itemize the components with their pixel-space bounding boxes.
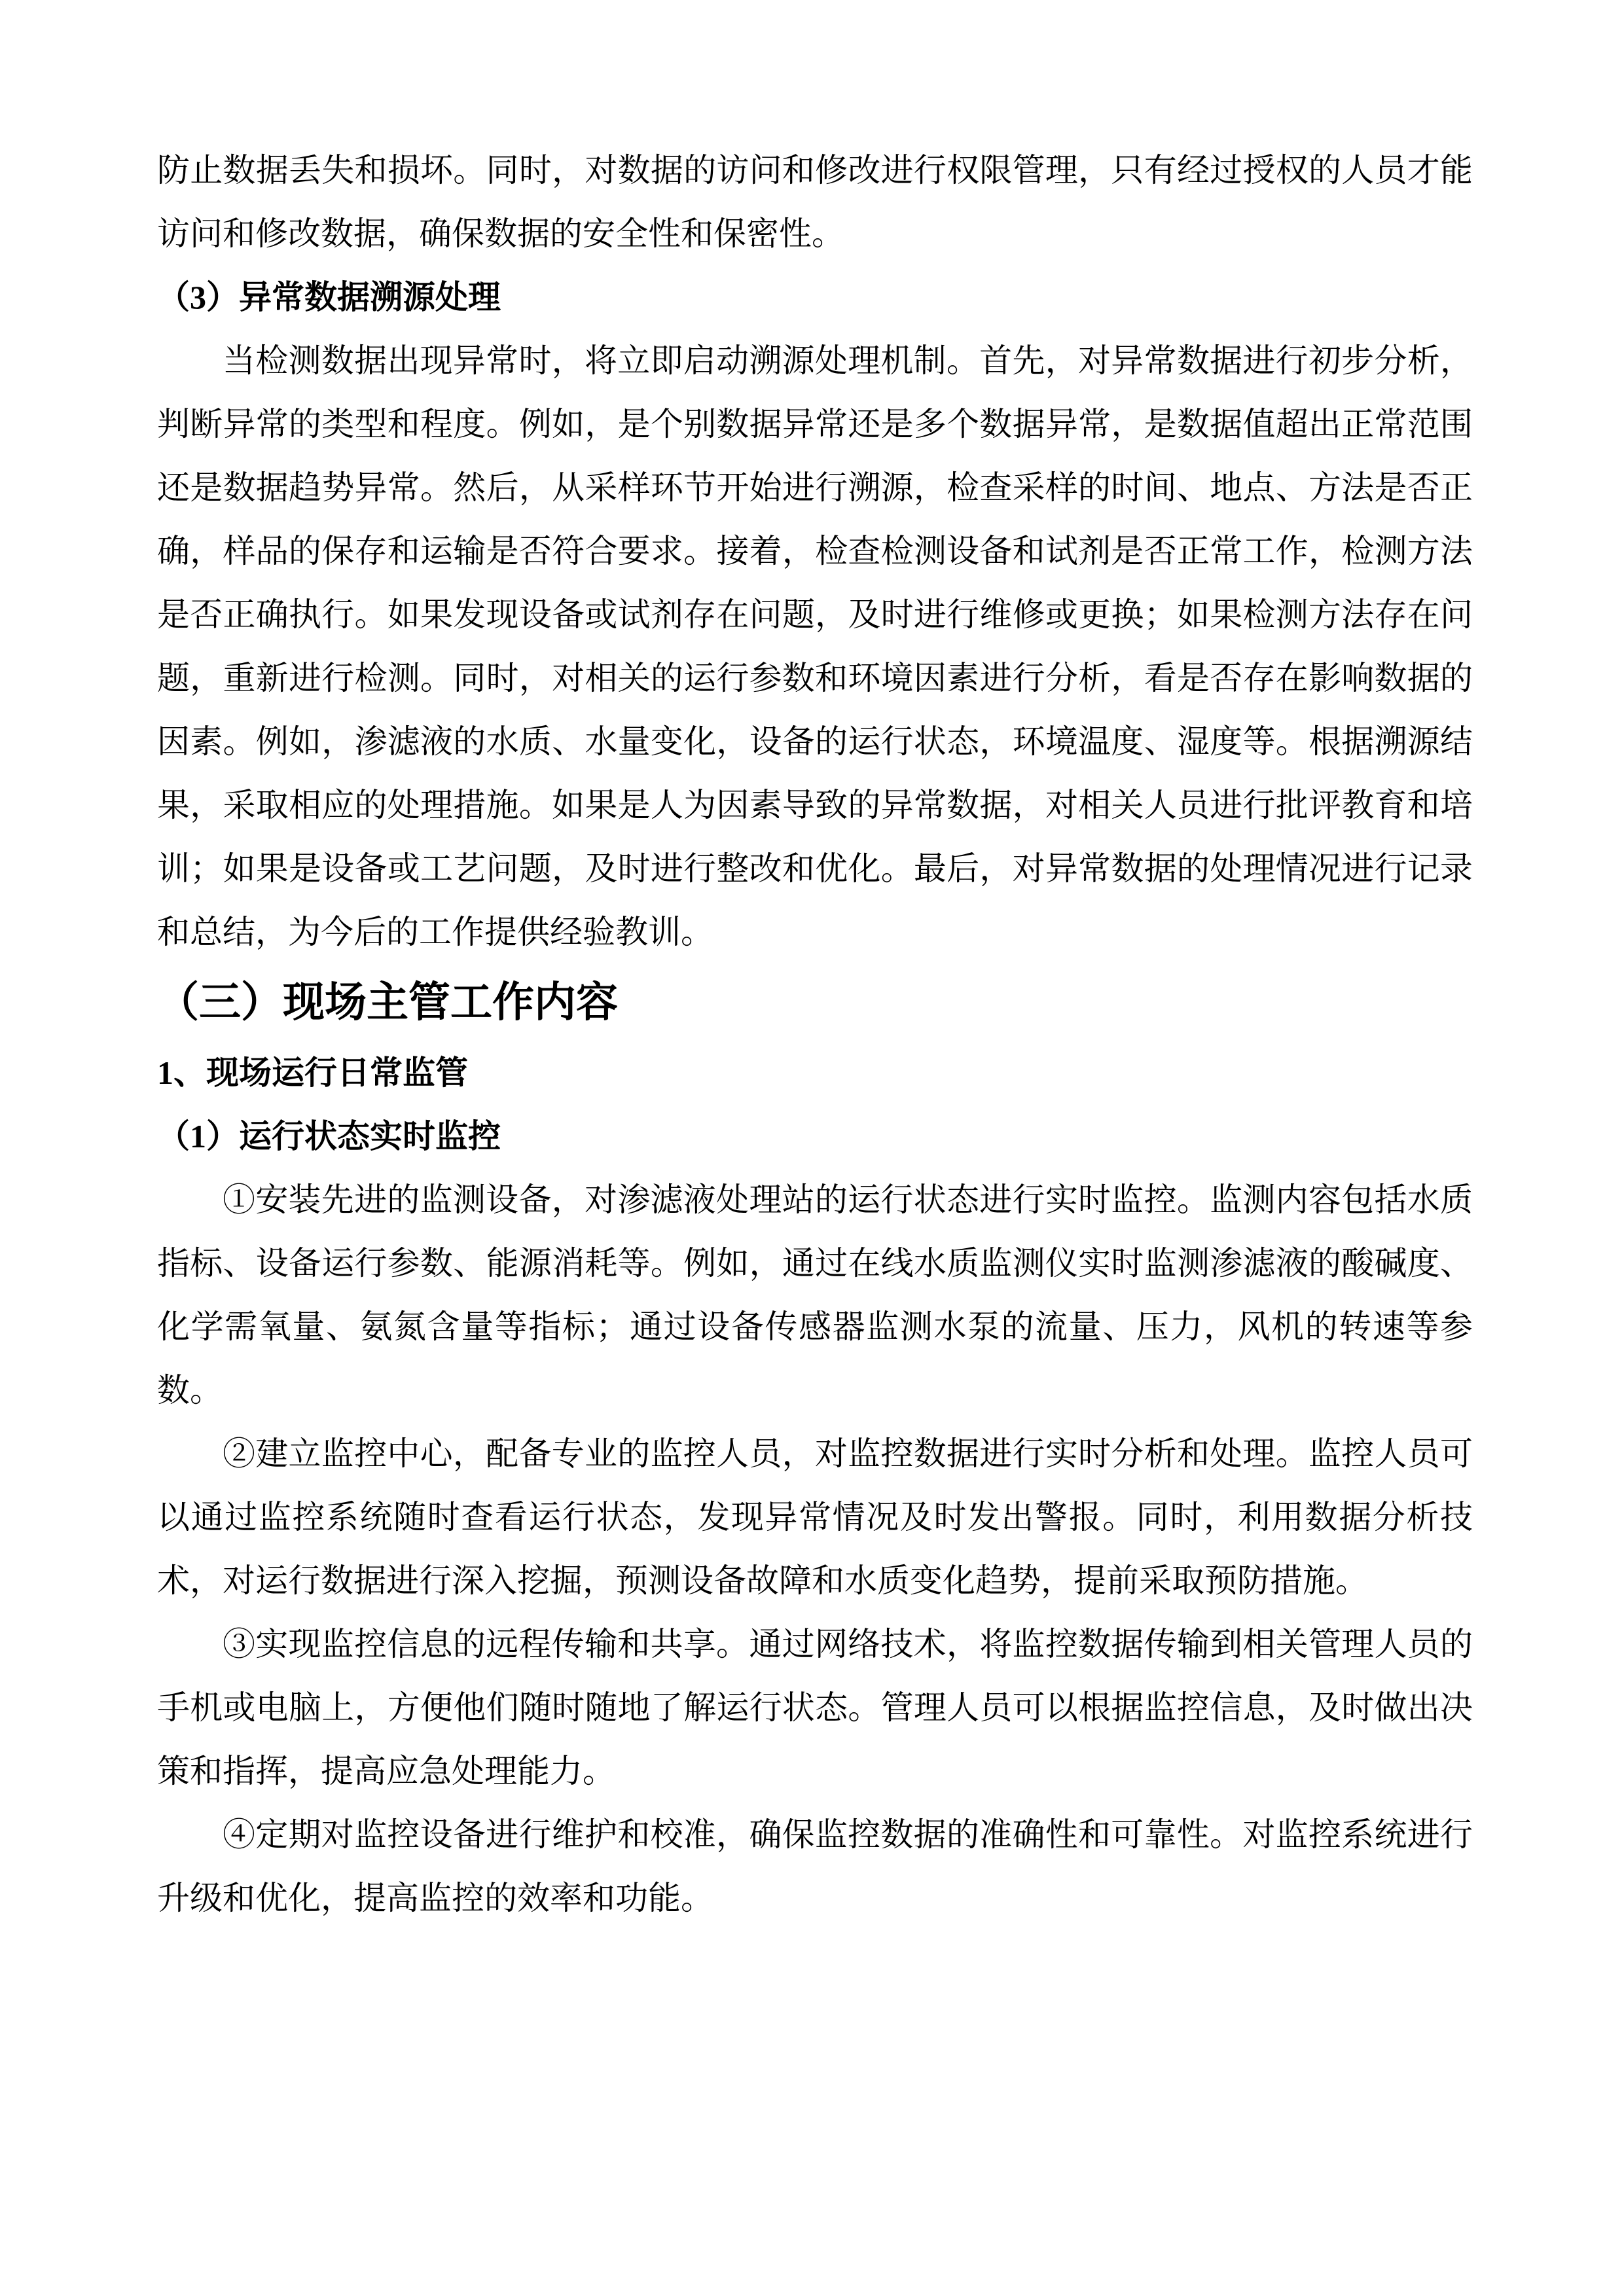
paragraph-line: 训；如果是设备或工艺问题，及时进行整改和优化。最后，对异常数据的处理情况进行记录 — [157, 837, 1473, 901]
heading-exception-data-tracing: （3）异常数据溯源处理 — [157, 266, 1473, 329]
document-page: 防止数据丢失和损坏。同时，对数据的访问和修改进行权限管理，只有经过授权的人员才能… — [0, 0, 1624, 2296]
paragraph-line: ④定期对监控设备进行维护和校准，确保监控数据的准确性和可靠性。对监控系统进行 — [157, 1803, 1473, 1867]
paragraph-line: 题，重新进行检测。同时，对相关的运行参数和环境因素进行分析，看是否存在影响数据的 — [157, 647, 1473, 710]
paragraph-line: 是否正确执行。如果发现设备或试剂存在问题，及时进行维修或更换；如果检测方法存在问 — [157, 583, 1473, 647]
paragraph-line: 以通过监控系统随时查看运行状态，发现异常情况及时发出警报。同时，利用数据分析技 — [157, 1486, 1473, 1549]
paragraph-line: 数。 — [157, 1359, 1473, 1422]
paragraph-line: 化学需氧量、氨氮含量等指标；通过设备传感器监测水泵的流量、压力，风机的转速等参 — [157, 1295, 1473, 1359]
paragraph-line: 术，对运行数据进行深入挖掘，预测设备故障和水质变化趋势，提前采取预防措施。 — [157, 1549, 1473, 1613]
paragraph-line: 还是数据趋势异常。然后，从采样环节开始进行溯源，检查采样的时间、地点、方法是否正 — [157, 456, 1473, 520]
paragraph-line: ②建立监控中心，配备专业的监控人员，对监控数据进行实时分析和处理。监控人员可 — [157, 1422, 1473, 1486]
paragraph-line: ③实现监控信息的远程传输和共享。通过网络技术，将监控数据传输到相关管理人员的 — [157, 1613, 1473, 1676]
heading-daily-supervision: 1、现场运行日常监管 — [157, 1041, 1473, 1105]
paragraph-line: 和总结，为今后的工作提供经验教训。 — [157, 901, 1473, 964]
paragraph-line: 确，样品的保存和运输是否符合要求。接着，检查检测设备和试剂是否正常工作，检测方法 — [157, 520, 1473, 583]
paragraph-line: 访问和修改数据，确保数据的安全性和保密性。 — [157, 202, 1473, 266]
heading-site-supervisor-duties: （三）现场主管工作内容 — [157, 964, 1473, 1041]
paragraph-line: 判断异常的类型和程度。例如，是个别数据异常还是多个数据异常，是数据值超出正常范围 — [157, 393, 1473, 456]
paragraph-line: 果，采取相应的处理措施。如果是人为因素导致的异常数据，对相关人员进行批评教育和培 — [157, 774, 1473, 837]
paragraph-line: 因素。例如，渗滤液的水质、水量变化，设备的运行状态，环境温度、湿度等。根据溯源结 — [157, 710, 1473, 774]
paragraph-line: 当检测数据出现异常时，将立即启动溯源处理机制。首先，对异常数据进行初步分析， — [157, 329, 1473, 393]
paragraph-line: 升级和优化，提高监控的效率和功能。 — [157, 1867, 1473, 1930]
paragraph-line: ①安装先进的监测设备，对渗滤液处理站的运行状态进行实时监控。监测内容包括水质 — [157, 1168, 1473, 1232]
paragraph-line: 指标、设备运行参数、能源消耗等。例如，通过在线水质监测仪实时监测渗滤液的酸碱度、 — [157, 1232, 1473, 1295]
paragraph-line: 手机或电脑上，方便他们随时随地了解运行状态。管理人员可以根据监控信息，及时做出决 — [157, 1676, 1473, 1740]
heading-realtime-monitoring: （1）运行状态实时监控 — [157, 1105, 1473, 1168]
paragraph-line: 防止数据丢失和损坏。同时，对数据的访问和修改进行权限管理，只有经过授权的人员才能 — [157, 139, 1473, 202]
paragraph-line: 策和指挥，提高应急处理能力。 — [157, 1740, 1473, 1803]
